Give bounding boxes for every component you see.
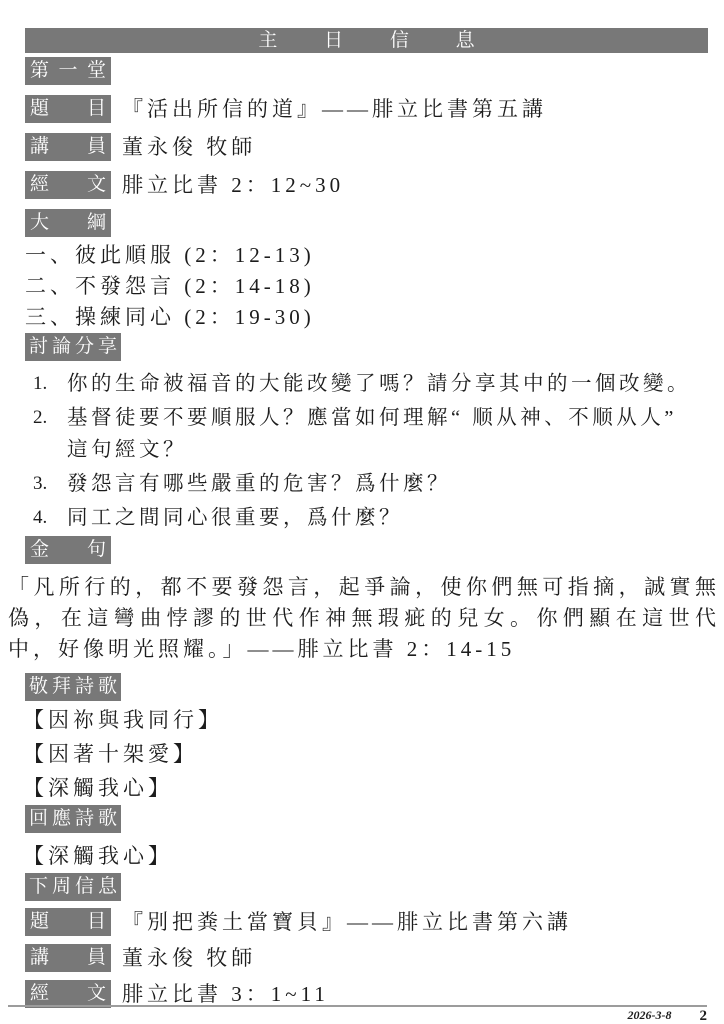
golden-verse-text: 「凡所行的，都不要發怨言，起爭論，使你們無可指摘，誠實無偽，在這彎曲悖謬的世代作… — [8, 572, 720, 665]
next-speaker-value: 董永俊 牧師 — [122, 944, 256, 972]
question-item: 4. 同工之間同心很重要，爲什麼？ — [25, 502, 708, 534]
next-scripture-tag: 經文 — [25, 980, 111, 1008]
speaker-tag: 講員 — [25, 133, 111, 161]
song-item: 【深觸我心】 — [23, 839, 708, 873]
next-scripture-row: 經文 腓立比書 3：1~11 — [25, 980, 708, 1008]
question-number: 1. — [33, 368, 67, 400]
question-number: 4. — [33, 502, 67, 534]
golden-verse-tag: 金句 — [25, 536, 111, 564]
bulletin-content: 主 日 信 息 第一堂 題目 『活出所信的道』——腓立比書第五講 講員 董永俊 … — [0, 28, 724, 1008]
scripture-tag: 經文 — [25, 171, 111, 199]
question-item: 3. 發怨言有哪些嚴重的危害？爲什麼？ — [25, 468, 708, 500]
question-item: 2. 基督徒要不要順服人？應當如何理解“ 顺从神、不顺从人” 這句經文？ — [25, 402, 708, 466]
bulletin-page: 主 日 信 息 第一堂 題目 『活出所信的道』——腓立比書第五講 講員 董永俊 … — [0, 0, 724, 1024]
outline-item: 三、操練同心 (2：19-30) — [25, 302, 708, 333]
page-footer: 2026-3-8 2 — [8, 1005, 707, 1024]
next-topic-value: 『別把粪土當寶貝』——腓立比書第六講 — [122, 908, 572, 936]
next-week-rows: 題目 『別把粪土當寶貝』——腓立比書第六講 講員 董永俊 牧師 經文 腓立比書 … — [25, 908, 708, 1008]
question-item: 1. 你的生命被福音的大能改變了嗎？請分享其中的一個改變。 — [25, 368, 708, 400]
song-item: 【因祢與我同行】 — [23, 703, 708, 737]
outline-item: 一、彼此順服 (2：12-13) — [25, 240, 708, 271]
sermon-outline: 一、彼此順服 (2：12-13) 二、不發怨言 (2：14-18) 三、操練同心… — [25, 240, 708, 333]
worship-songs-tag: 敬拜詩歌 — [25, 673, 121, 701]
scripture-row: 經文 腓立比書 2：12~30 — [25, 171, 708, 199]
next-topic-tag: 題目 — [25, 908, 111, 936]
footer-page-number: 2 — [700, 1008, 708, 1024]
question-text: 發怨言有哪些嚴重的危害？爲什麼？ — [67, 468, 708, 500]
next-speaker-row: 講員 董永俊 牧師 — [25, 944, 708, 972]
speaker-value: 董永俊 牧師 — [122, 133, 256, 161]
discussion-tag: 討論分享 — [25, 333, 121, 361]
next-topic-row: 題目 『別把粪土當寶貝』——腓立比書第六講 — [25, 908, 708, 936]
question-number: 2. — [33, 402, 67, 434]
question-number: 3. — [33, 468, 67, 500]
song-item: 【深觸我心】 — [23, 771, 708, 805]
next-speaker-tag: 講員 — [25, 944, 111, 972]
topic-value: 『活出所信的道』——腓立比書第五講 — [122, 95, 547, 123]
song-item: 【因著十架愛】 — [23, 737, 708, 771]
topic-tag: 題目 — [25, 95, 111, 123]
session-tag: 第一堂 — [25, 57, 111, 85]
outline-item: 二、不發怨言 (2：14-18) — [25, 271, 708, 302]
question-text: 你的生命被福音的大能改變了嗎？請分享其中的一個改變。 — [67, 368, 708, 400]
page-title-bar: 主 日 信 息 — [25, 28, 708, 53]
next-scripture-value: 腓立比書 3：1~11 — [122, 980, 329, 1008]
worship-song-list: 【因祢與我同行】 【因著十架愛】 【深觸我心】 — [25, 703, 708, 805]
next-week-tag: 下周信息 — [25, 873, 121, 901]
speaker-row: 講員 董永俊 牧師 — [25, 133, 708, 161]
scripture-value: 腓立比書 2：12~30 — [122, 171, 344, 199]
footer-date: 2026-3-8 — [628, 1008, 672, 1023]
response-songs-tag: 回應詩歌 — [25, 805, 121, 833]
topic-row: 題目 『活出所信的道』——腓立比書第五講 — [25, 95, 708, 123]
question-text: 同工之間同心很重要，爲什麼？ — [67, 502, 708, 534]
outline-tag: 大綱 — [25, 209, 111, 237]
question-text: 基督徒要不要順服人？應當如何理解“ 顺从神、不顺从人” 這句經文？ — [67, 402, 708, 466]
discussion-questions: 1. 你的生命被福音的大能改變了嗎？請分享其中的一個改變。 2. 基督徒要不要順… — [25, 368, 708, 534]
